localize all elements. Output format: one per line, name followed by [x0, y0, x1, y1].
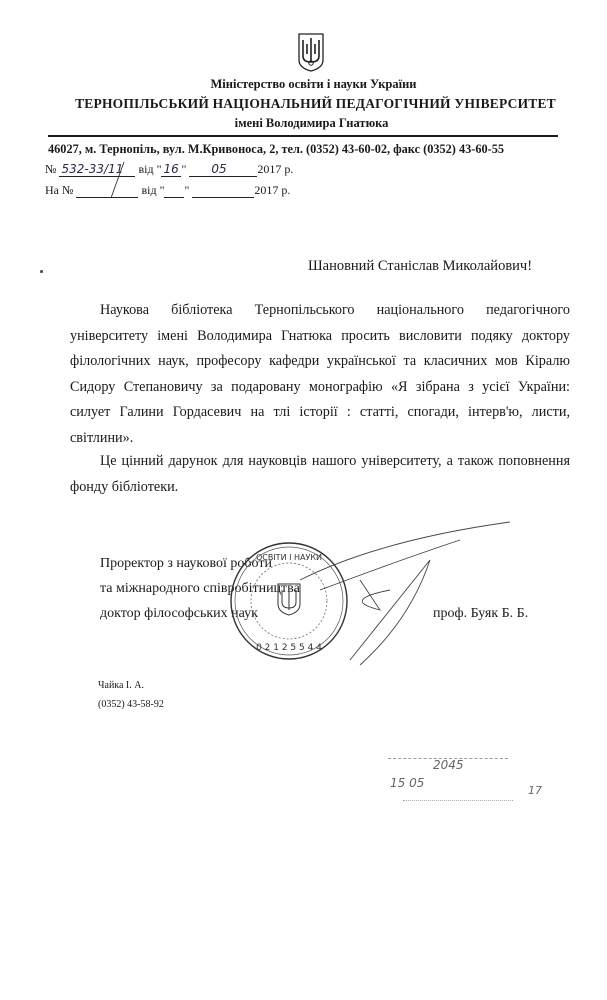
registration-stamp: 2045 15 05 17 [388, 758, 558, 808]
outgoing-reference: № 532-33/11 від "16" 052017 р. [45, 162, 293, 177]
ministry-name: Міністерство освіти і науки України [10, 77, 607, 92]
handwritten-day: 16 [163, 162, 178, 176]
body-paragraph-1: Наукова бібліотека Тернопільського націо… [70, 298, 570, 451]
executor-name: Чайка І. А. [98, 680, 144, 691]
incoming-from-label: від [141, 183, 156, 197]
number-label: № [45, 162, 56, 176]
body-paragraph-2: Це цінний дарунок для науковців нашого у… [70, 449, 570, 500]
registration-number: 2045 [433, 758, 464, 772]
scan-speck [40, 270, 43, 273]
incoming-year-label: 2017 р. [254, 183, 290, 197]
university-named-after: імені Володимира Гнатюка [8, 116, 607, 131]
incoming-number-label: На № [45, 183, 73, 197]
coat-of-arms-icon [297, 32, 325, 72]
salutation: Шановний Станіслав Миколайович! [308, 258, 532, 275]
from-label: від [138, 162, 153, 176]
incoming-month-field [192, 185, 254, 198]
handwritten-signature [260, 520, 520, 670]
university-address: 46027, м. Тернопіль, вул. М.Кривоноса, 2… [48, 142, 568, 157]
day-field: 16 [161, 164, 181, 177]
university-name: ТЕРНОПІЛЬСЬКИЙ НАЦІОНАЛЬНИЙ ПЕДАГОГІЧНИЙ… [12, 96, 607, 112]
registration-year: 17 [528, 784, 542, 797]
registration-date: 15 05 [390, 776, 424, 790]
header-divider [48, 135, 558, 137]
month-field: 05 [189, 164, 257, 177]
incoming-day-field [164, 185, 184, 198]
executor-phone: (0352) 43-58-92 [98, 699, 164, 710]
handwritten-month: 05 [211, 162, 226, 176]
incoming-reference: На № від "" 2017 р. [45, 183, 290, 198]
handwritten-slash [108, 160, 128, 200]
year-label: 2017 р. [257, 162, 293, 176]
